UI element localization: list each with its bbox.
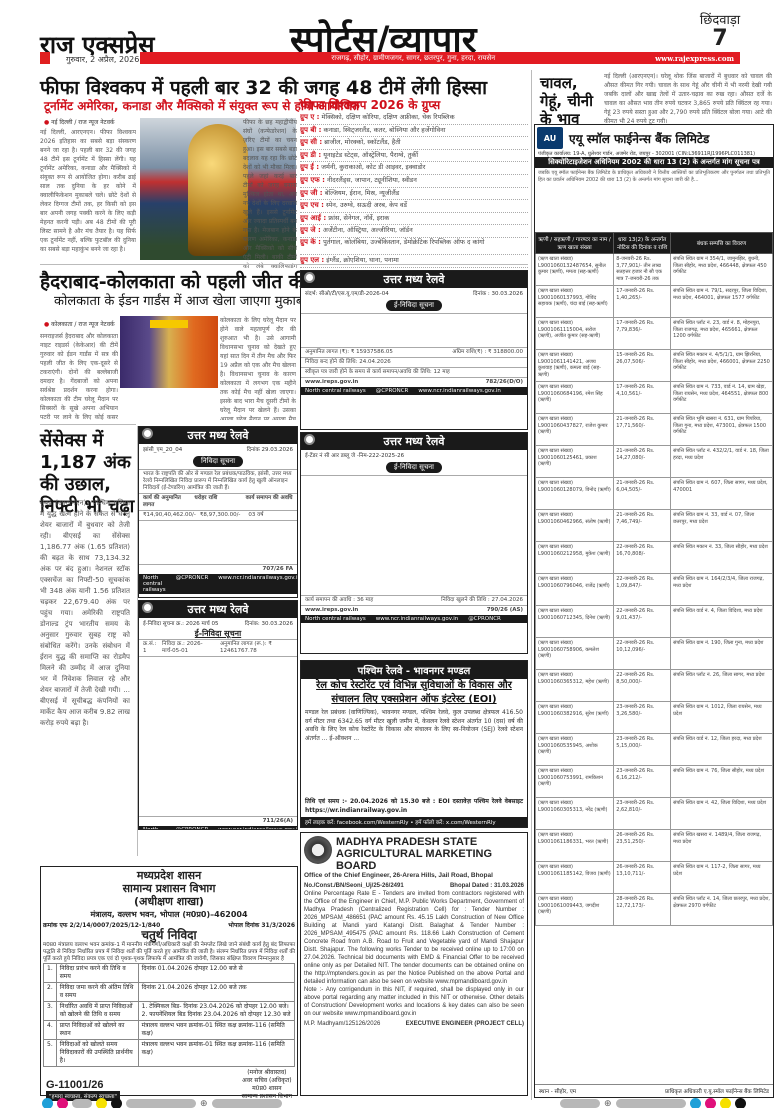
cyan-dot-icon [690,1098,701,1108]
tender-note: Note :- Any corrigendum in this NIT, if … [304,986,524,1018]
yellow-dot-icon [96,1098,107,1108]
group-item: ग्रुप जी : बेल्जियम, ईरान, मिस्र, न्यूजी… [300,188,528,201]
crosshair-icon: ⊕ [604,1099,612,1108]
table-row: (ऋण खाता संख्या) L9001061185142, विजय (ऋ… [536,862,773,894]
ipl-subheadline: कोलकाता के ईडन गार्डंस में आज खेला जाएगा… [54,291,315,309]
crosshair-icon: ⊕ [200,1099,208,1108]
divider [40,264,528,265]
table-row: (ऋण खाता संख्या) L9001061186331, भरत (ऋण… [536,830,773,862]
table-row: 4.प्राप्त निविदाओं को खोलने का स्थानमंत्… [44,1021,295,1040]
ipl-banner-icon [150,320,188,328]
lead-body-right: फीफा के छह महाद्वीपीय संघों (कन्फेडरेशन)… [243,118,297,268]
page-number: 7 [690,26,750,51]
sensex-body: मुंबई (आरएनएन)। पश्चिम एशिया में युद्ध ख… [40,498,130,828]
black-dot-icon [735,1098,746,1108]
ncr-tender-notice-2: उत्तर मध्य रेलवे संदर्भ: सीओ/टी/एस.यू.एम… [300,270,528,430]
lead-dateline: नई दिल्ली / राज न्यूज नेटवर्क [44,118,115,126]
ipl-body-left: सनराइजर्स हैदराबाद और कोलकाता नाइट राइडर… [40,332,118,420]
ncr-tender-notice-1: उत्तर मध्य रेलवे झांसी_एम_20_04दिनांक 29… [138,426,298,598]
group-item: ग्रुप आई : फ्रांस, सेनेगल, नॉर्वे, इराक [300,213,528,226]
ipl-body-right: कोलकाता के लिए घरेलू मैदान पर होने वाले … [220,316,296,420]
magenta-dot-icon [705,1098,716,1108]
divider [40,424,136,425]
table-row: (ऋण खाता संख्या) L9001060212958, मुकेश (… [536,542,773,574]
magenta-dot-icon [57,1098,68,1108]
table-row: (ऋण खाता संख्या) L9001060382916, सुरेश (… [536,702,773,734]
group-item: ग्रुप जे : अर्जेंटीना, ऑस्ट्रिया, अल्जीर… [300,225,528,238]
notice-title: ई-निविदा सूचना [139,628,297,639]
col-notice: धारा 13(2) के अन्तर्गत नोटिस की दिनांक व… [614,233,671,254]
table-row: (ऋण खाता संख्या) L9001061141421, अजय कुश… [536,350,773,382]
tender-schedule-table: 1.निविदा प्रारंभ करने की तिथि व समयदिनां… [43,963,295,1067]
gray-bar [212,1099,282,1108]
group-item: ग्रुप सी : ब्राजील, मोरक्को, स्कॉटलैंड, … [300,137,528,150]
eoi-title: रेल कोच रेस्टोरेंट एवं विभिन्न सुविधाओं … [301,679,527,707]
table-row: (ऋण खाता संख्या) L9001060684196, रमेश सि… [536,382,773,414]
railway-logo-icon [142,602,153,613]
gray-bar [72,1099,92,1108]
ipl-players-image [120,316,218,388]
red-marker [40,52,50,64]
notice-title-band: सिक्योरिटाइजेशन अधिनियम 2002 की धारा 13 … [535,157,773,168]
groups-list: ग्रुप ए : मेक्सिको, दक्षिण कोरिया, दक्षि… [300,112,528,268]
table-row: (ऋण खाता संख्या) L9001060128079, विनोद (… [536,478,773,510]
notice-title: निविदा सूचना [193,456,243,467]
mp-gov-tender: मध्यप्रदेश शासन सामान्य प्रशासन विभाग (अ… [40,866,298,1096]
table-row: (ऋण खाता संख्या) L9001060712345, दिनेश (… [536,606,773,638]
tender-title: चतुर्थ निविदा [43,929,295,942]
lead-body-left: नई दिल्ली, आरएनएन। फीफा विश्वकप 2026 इति… [40,128,136,268]
table-row: (ऋण खाता संख्या) L9001061009443, जगदीश (… [536,894,773,926]
print-registration-marks: ⊕ [42,1098,282,1108]
col-property: बंधक सम्पत्ति का विवरण [671,233,773,254]
wr-social-footer[interactable]: हमें लाइक करें: facebook.com/WesternRly … [301,817,527,827]
table-row: (ऋण खाता संख्या) L9001061115004, सरोज (ऋ… [536,318,773,350]
black-dot-icon [111,1098,122,1108]
table-row: 1.निविदा प्रारंभ करने की तिथि व समयदिनां… [44,964,295,983]
board-name: MADHYA PRADESH STATE AGRICULTURAL MARKET… [304,836,524,872]
column-rule [531,70,532,1100]
table-row: (ऋण खाता संख्या) L9001060758906, कमलेश (… [536,638,773,670]
bank-address: पंजीकृत कार्यालय: 19-A, धुलेश्वर गार्डन,… [535,151,773,157]
groups-title: फीफा विश्वकप 2026 के ग्रुप्स [300,96,440,113]
notice-intro: जबकि एयू स्मॉल फाईनेन्स बैंक लिमिटेड के … [535,168,773,232]
table-row: (ऋण खाता संख्या) L9001060437827, राजेश क… [536,414,773,446]
ncr-tender-notice-3: उत्तर मध्य रेलवे ई-निविदा सूचना क्र.: 20… [138,600,298,830]
ipl-dateline: कोलकाता / राज न्यूज नेटवर्क [44,320,115,328]
group-item: ग्रुप ई : जर्मनी, कुराकाओ, कोट डी आइवर, … [300,162,528,175]
group-item: ग्रुप एल : इंग्लैंड, क्रोएशिया, घाना, पन… [300,255,528,268]
column-rule [137,426,138,856]
issue-date: गुरुवार, 2 अप्रैल, 2026 [66,54,139,65]
table-row: (ऋण खाता संख्या) L9001060365312, महेश (ऋ… [536,670,773,702]
group-item: ग्रुप ए : मेक्सिको, दक्षिण कोरिया, दक्षि… [300,112,528,125]
table-row: (ऋण खाता संख्या) L9001060132487654, सुनी… [536,254,773,286]
bank-name: एयू स्मॉल फाईनेन्स बैंक लिमिटेड [569,130,709,147]
table-row: 3.निर्धारित अवधि में प्राप्त निविदाओं को… [44,1002,295,1021]
world-cup-trophy-icon [188,124,248,256]
table-row: 2.निविदा जमा करने की अंतिम तिथि व समयदिन… [44,983,295,1002]
print-registration-marks: ⊕ [560,1098,746,1108]
western-railway-eoi: पश्चिम रेलवे - भावनगर मण्डल रेल कोच रेस्… [300,660,528,828]
railway-logo-icon [304,434,315,445]
yellow-dot-icon [720,1098,731,1108]
notice-signatory: प्राधिकृत अधिकारी ए.यू.स्मॉल फाईनेन्स बै… [665,1087,769,1095]
table-row: 5.निविदाओं को खोलते समय निविदाकारों की उ… [44,1040,295,1067]
group-item: ग्रुप बी : कनाडा, स्विट्जरलैंड, कतर, बोस… [300,125,528,138]
group-item: ग्रुप डी : यूनाइटेड स्टेट्स, ऑस्ट्रेलिया… [300,150,528,163]
masthead-red-bar: राजगढ़, सीहोर, ग्रामीणजगर, सागर, छतरपुर,… [140,52,740,64]
group-item: ग्रुप एच : स्पेन, उरुग्वे, सऊदी अरब, केप… [300,200,528,213]
group-item: ग्रुप एफ : नीदरलैंड्स, जापान, ट्यूनीशिया… [300,175,528,188]
table-row: (ऋण खाता संख्या) L9001060535945, अशोक (ऋ… [536,734,773,766]
wr-org: पश्चिम रेलवे - भावनगर मण्डल [301,661,527,679]
edition-cities: राजगढ़, सीहोर, ग्रामीणजगर, सागर, छतरपुर,… [331,54,495,63]
table-row: (ऋण खाता संख्या) L9001060796046, राजेंद्… [536,574,773,606]
website-link[interactable]: www.rajexpress.com [655,54,734,63]
side-body: नई दिल्ली (आरएनएन)। घरेलू थोक जिंस बाजार… [604,72,772,126]
table-row: (ऋण खाता संख्या) L9001060462966, संतोष (… [536,510,773,542]
gray-bar [126,1099,196,1108]
cyan-dot-icon [42,1098,53,1108]
table-row: (ऋण खाता संख्या) L9001060137993, गोविंद … [536,286,773,318]
mp-mandi-board-tender: MADHYA PRADESH STATE AGRICULTURAL MARKET… [300,832,528,1096]
group-item: ग्रुप के : पुर्तगाल, कोलंबिया, उज्बेकिस्… [300,238,528,255]
notice-social-footer: North central railways@CPRONCRwww.ncr.in… [139,574,297,594]
notice-place: स्थान - सीहोर, एम [539,1087,576,1095]
gov-code: G-11001/26 [46,1079,120,1091]
ncr-tender-notice-4: उत्तर मध्य रेलवे ई-टेंडर नं सी आर डब्लू … [300,432,528,654]
demand-notice-table: ऋणी / सहऋणी / गारण्टर का नाम / ऋण खाता स… [535,232,773,926]
railway-logo-icon [304,272,315,283]
railway-logo-icon [142,428,153,439]
au-bank-notice: AU एयू स्मॉल फाईनेन्स बैंक लिमिटेड पंजीक… [534,124,774,1098]
tender-body: Online Percentage Rate E - Tenders are i… [304,890,524,986]
au-bank-logo-icon: AU [537,127,563,149]
table-row: (ऋण खाता संख्या) L9001060753991, रामकिशन… [536,766,773,798]
table-row: (ऋण खाता संख्या) L9001060305313, नरेंद्र… [536,798,773,830]
col-borrower: ऋणी / सहऋणी / गारण्टर का नाम / ऋण खाता स… [536,233,614,254]
table-row: (ऋण खाता संख्या) L9001060125461, प्रकाश … [536,446,773,478]
mandi-board-logo-icon [304,836,332,864]
